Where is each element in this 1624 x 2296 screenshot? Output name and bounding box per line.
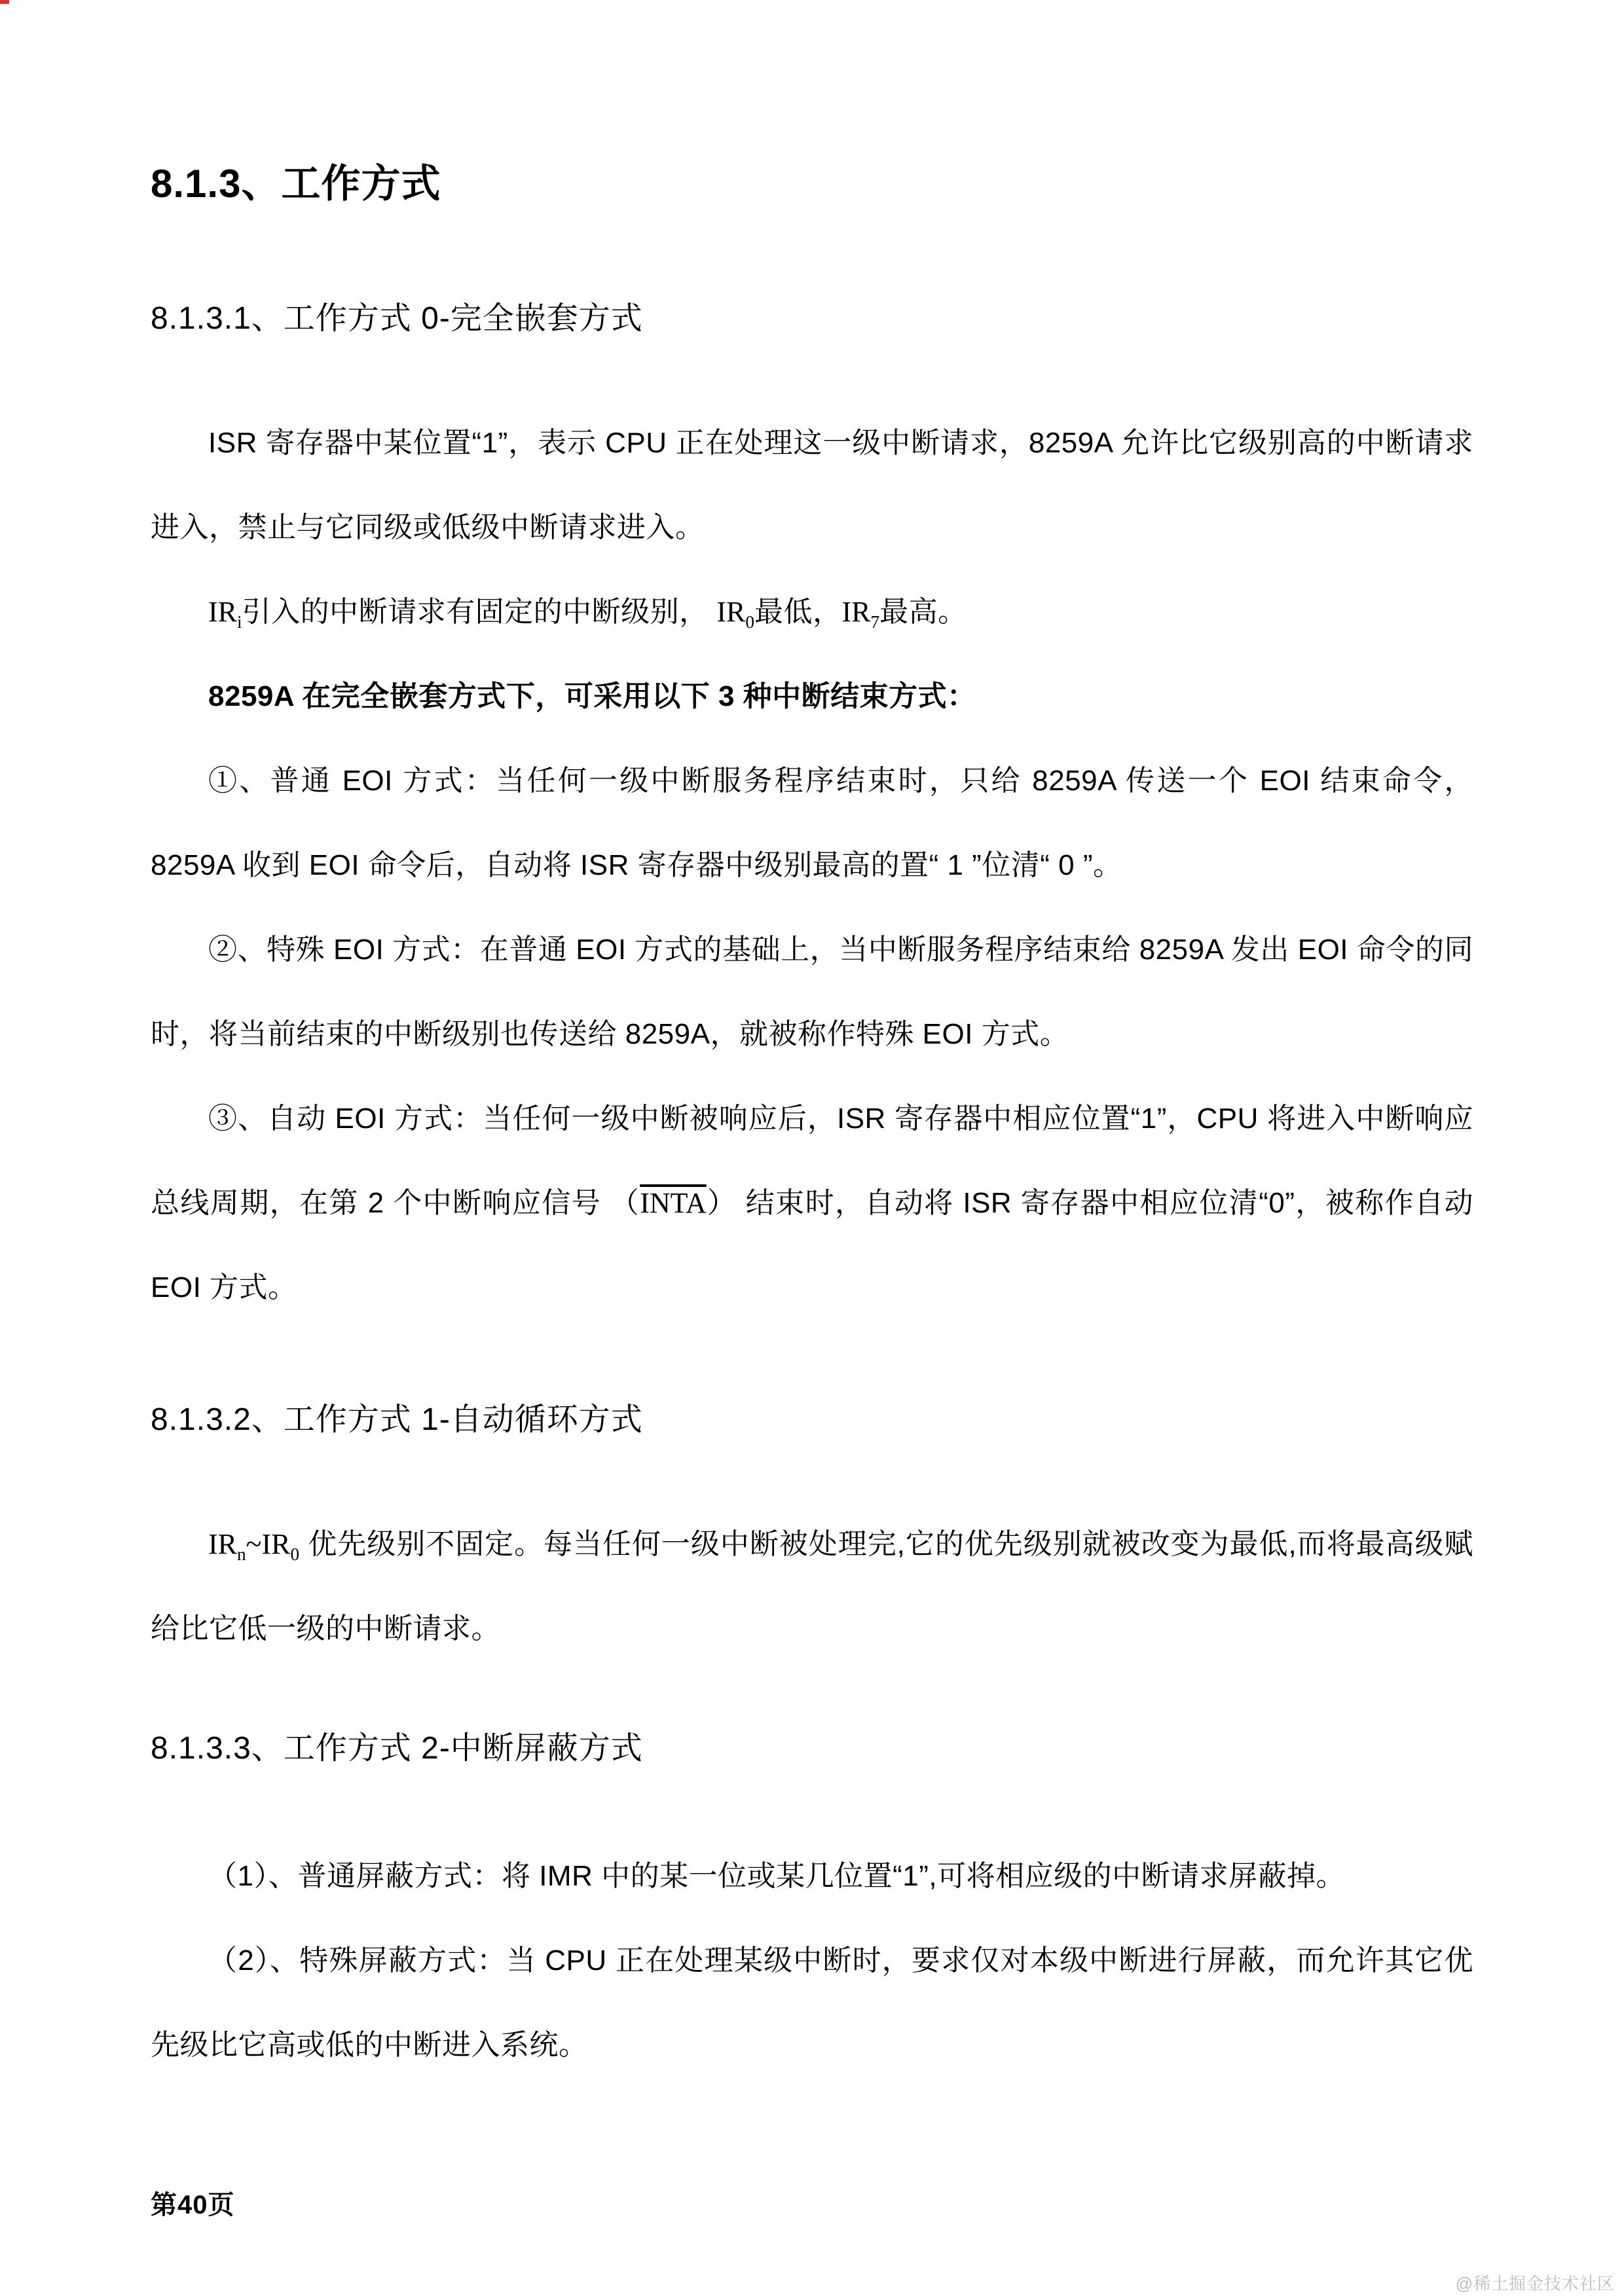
page-number: 第40页 [151,2184,1473,2221]
section-heading: 8.1.3.2、工作方式 1-自动循环方式 [151,1401,1473,1439]
text-run: 最高。 [879,596,967,628]
formula-run: IR [716,596,745,628]
formula-run: 7 [870,611,879,631]
text-run: ①、普通 EOI 方式：当任何一级中断服务程序结束时，只给 8259A 传送一个… [151,765,1473,881]
text-run: 引入的中断请求有固定的中断级别， [242,596,717,628]
formula-run: INTA [640,1187,707,1219]
text-run: （2）、特殊屏蔽方式：当 CPU 正在处理某级中断时，要求仅对本级中断进行屏蔽，… [151,1944,1473,2061]
formula-run: 0 [290,1544,299,1564]
paragraph: ISR 寄存器中某位置“1”，表示 CPU 正在处理这一级中断请求，8259A … [151,401,1473,570]
paragraph: IRn~IR0 优先级别不固定。每当任何一级中断被处理完,它的优先级别就被改变为… [151,1502,1473,1671]
text-run: ISR 寄存器中某位置“1”，表示 CPU 正在处理这一级中断请求，8259A … [151,427,1473,543]
text-run: ②、特殊 EOI 方式：在普通 EOI 方式的基础上，当中断服务程序结束给 82… [151,934,1473,1050]
section-heading: 8.1.3.3、工作方式 2-中断屏蔽方式 [151,1730,1473,1768]
document-page: 8.1.3、工作方式 8.1.3.1、工作方式 0-完全嵌套方式ISR 寄存器中… [0,0,1624,2296]
formula-run: IR [208,596,237,628]
text-run: （1）、普通屏蔽方式：将 IMR 中的某一位或某几位置“1”,可将相应级的中断请… [208,1860,1345,1892]
formula-run: IR [261,1528,290,1560]
section-heading: 8.1.3.1、工作方式 0-完全嵌套方式 [151,300,1473,338]
formula-run: ~ [246,1528,262,1560]
paragraph: ①、普通 EOI 方式：当任何一级中断服务程序结束时，只给 8259A 传送一个… [151,738,1473,907]
formula-run: i [237,611,242,631]
paragraph: 8259A 在完全嵌套方式下，可采用以下 3 种中断结束方式： [151,654,1473,738]
page-title: 8.1.3、工作方式 [151,160,1473,208]
formula-run: n [237,1544,246,1564]
paragraph: ③、自动 EOI 方式：当任何一级中断被响应后，ISR 寄存器中相应位置“1”，… [151,1076,1473,1330]
formula-run: 0 [745,611,754,631]
paragraph: IRi引入的中断请求有固定的中断级别， IR0最低，IR7最高。 [151,570,1473,654]
corner-artifact [0,0,9,4]
document-body: 8.1.3.1、工作方式 0-完全嵌套方式ISR 寄存器中某位置“1”，表示 C… [151,300,1473,2087]
watermark: @稀土掘金技术社区 [1456,2270,1615,2295]
paragraph: （1）、普通屏蔽方式：将 IMR 中的某一位或某几位置“1”,可将相应级的中断请… [151,1834,1473,1918]
text-run: 8259A 在完全嵌套方式下，可采用以下 3 种中断结束方式： [208,680,976,712]
text-run: 优先级别不固定。每当任何一级中断被处理完,它的优先级别就被改变为最低,而将最高级… [151,1528,1473,1645]
paragraph: ②、特殊 EOI 方式：在普通 EOI 方式的基础上，当中断服务程序结束给 82… [151,907,1473,1076]
formula-run: IR [208,1528,237,1560]
formula-run: IR [841,596,870,628]
paragraph: （2）、特殊屏蔽方式：当 CPU 正在处理某级中断时，要求仅对本级中断进行屏蔽，… [151,1918,1473,2087]
text-run: 最低， [754,596,842,628]
